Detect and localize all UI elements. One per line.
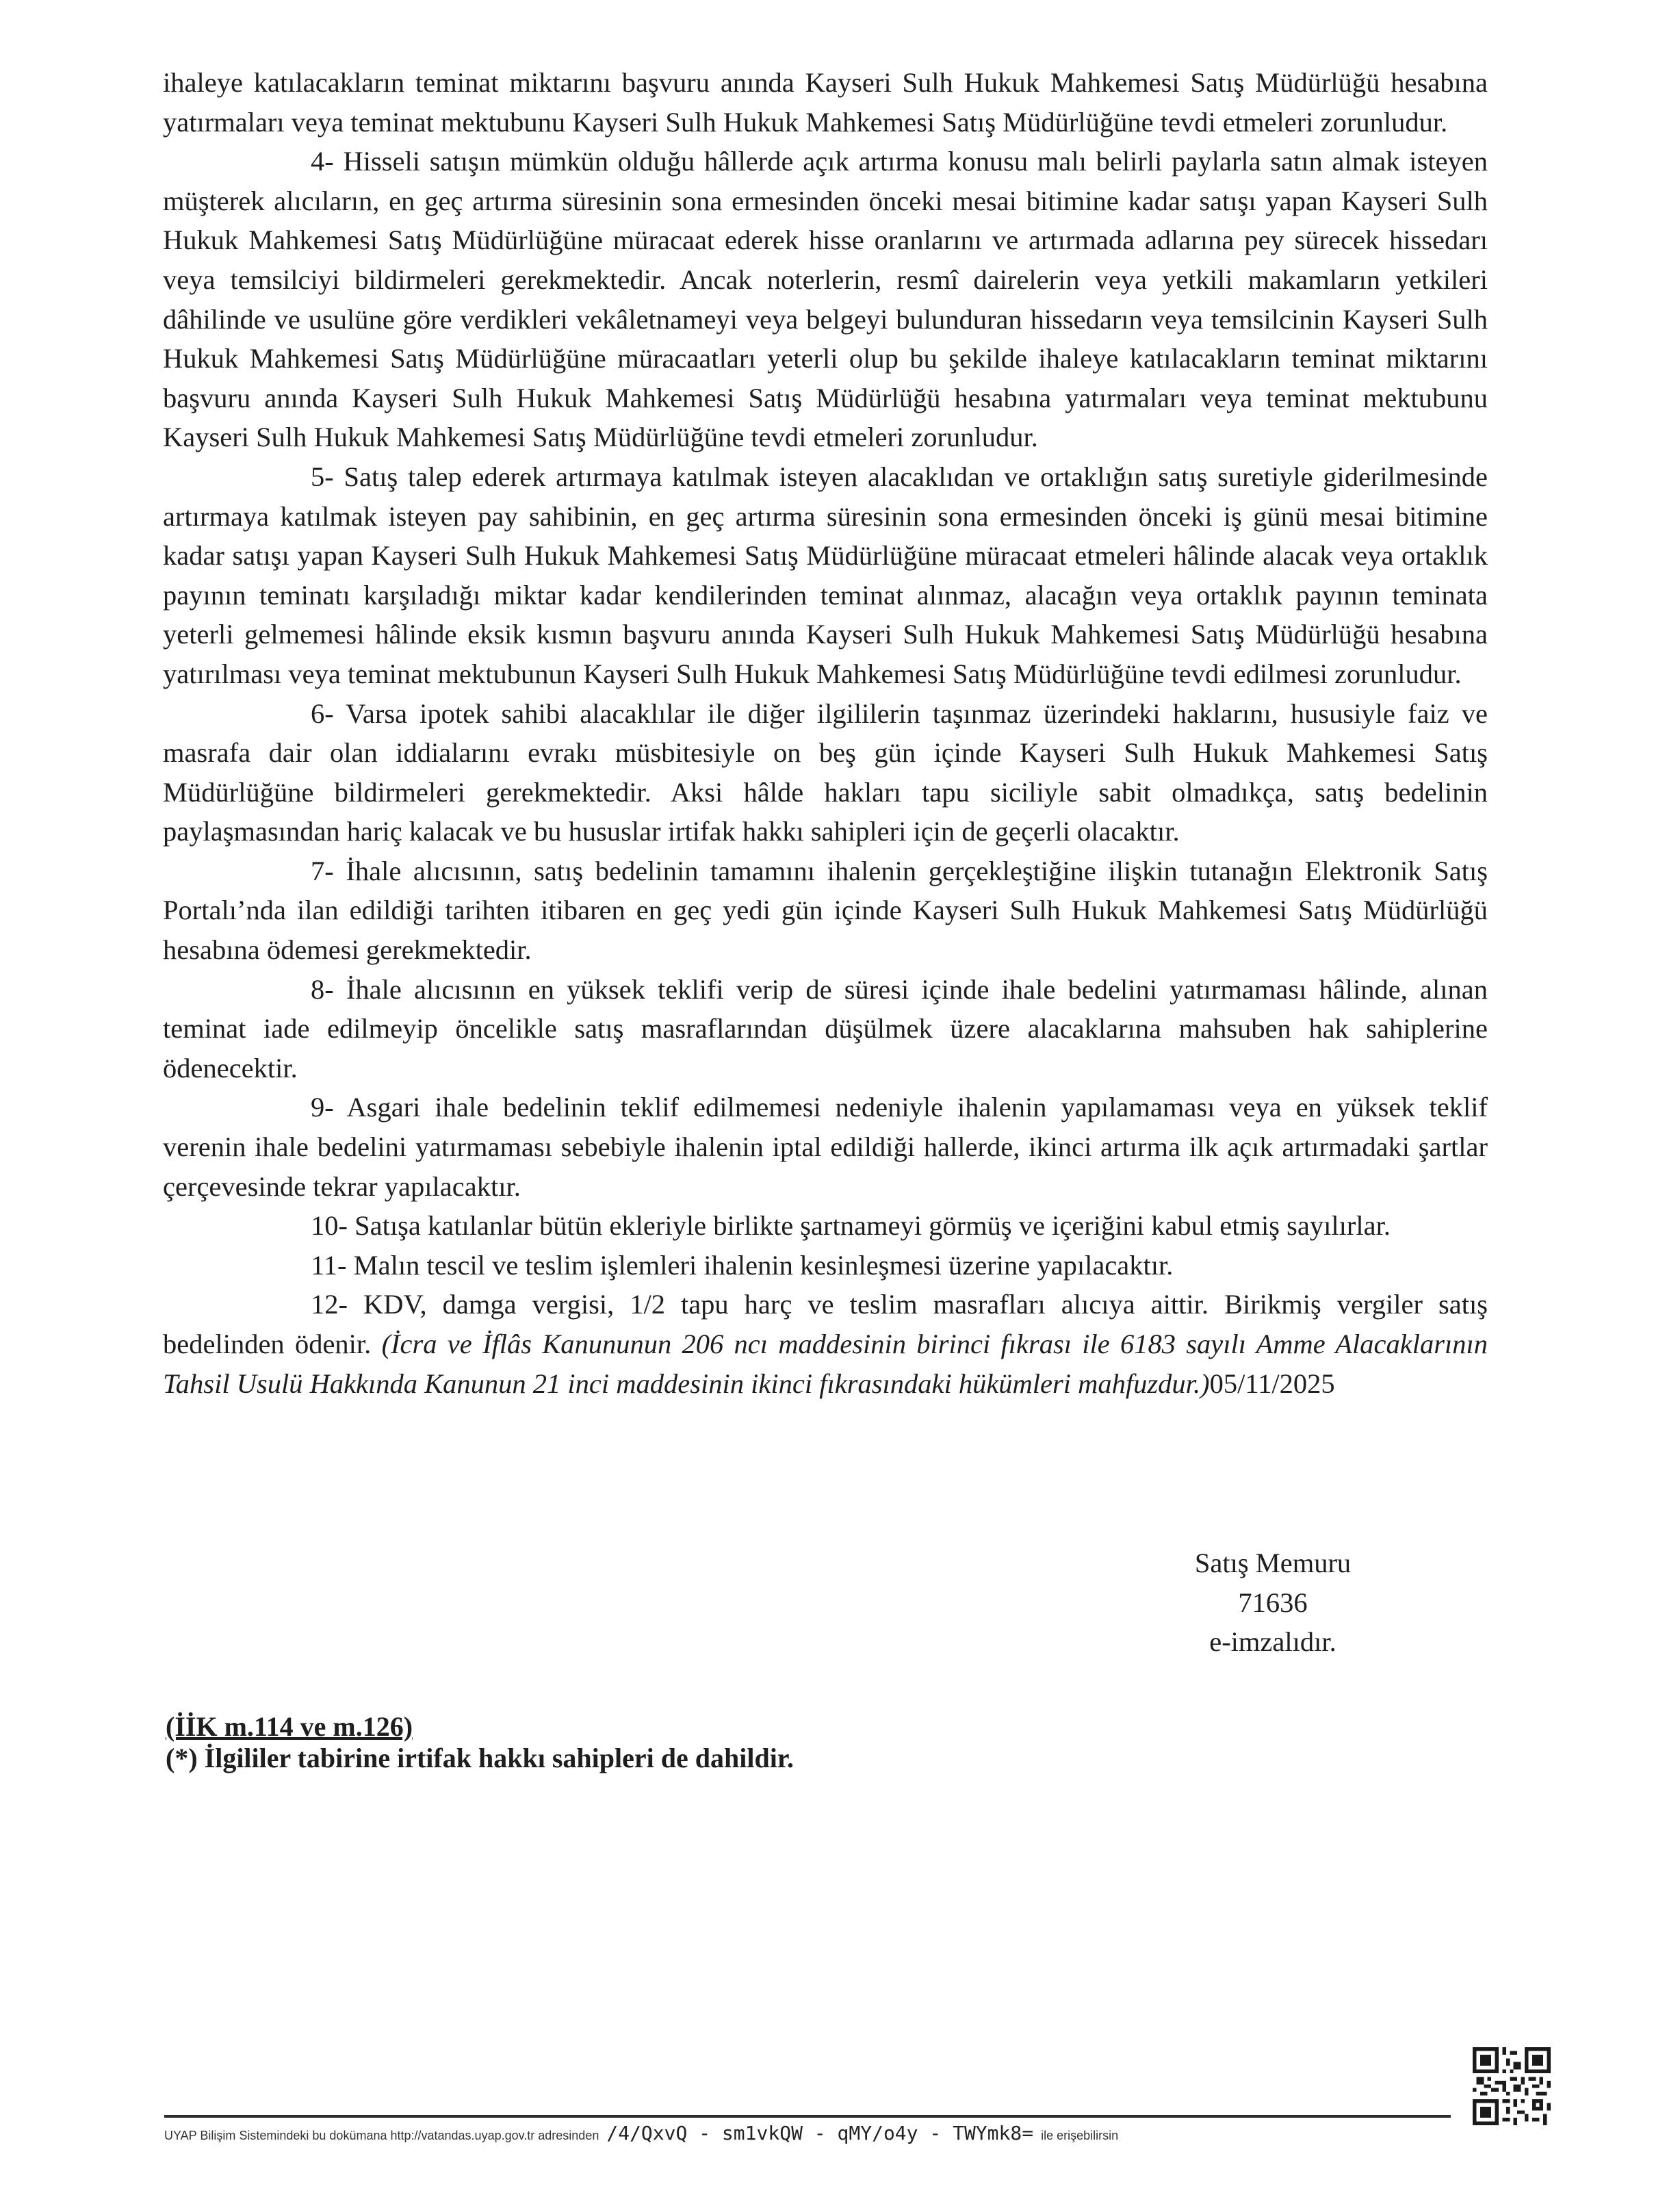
law-reference: (İİK m.114 ve m.126)	[166, 1711, 413, 1743]
signature-block: Satış Memuru 71636 e-imzalıdır.	[1122, 1543, 1423, 1662]
document-body: ihaleye katılacakların teminat miktarını…	[163, 63, 1488, 1403]
signer-number: 71636	[1122, 1583, 1423, 1623]
paragraph-4: 4- Hisseli satışın mümkün olduğu hâllerd…	[163, 142, 1488, 457]
previous-line-fragment	[561, 0, 1451, 7]
document-page: ihaleye katılacakların teminat miktarını…	[0, 0, 1680, 2206]
qr-code-icon	[1473, 2047, 1551, 2126]
footnote: (*) İlgililer tabirine irtifak hakkı sah…	[166, 1743, 794, 1774]
paragraph-9: 9- Asgari ihale bedelinin teklif edilmem…	[163, 1088, 1488, 1206]
document-date: 05/11/2025	[1210, 1368, 1335, 1399]
footer-verification: UYAP Bilişim Sistemindeki bu dokümana ht…	[164, 2122, 1464, 2144]
paragraph-8: 8- İhale alıcısının en yüksek teklifi ve…	[163, 970, 1488, 1088]
footer-suffix: ile erişebilirsin	[1041, 2129, 1118, 2142]
paragraph-7: 7- İhale alıcısının, satış bedelinin tam…	[163, 851, 1488, 970]
e-signature-status: e-imzalıdır.	[1122, 1622, 1423, 1662]
signer-title: Satış Memuru	[1122, 1543, 1423, 1583]
paragraph-10: 10- Satışa katılanlar bütün ekleriyle bi…	[163, 1206, 1488, 1246]
verification-code: /4/QxvQ - sm1vkQW - qMY/o4y - TWYmk8=	[606, 2122, 1033, 2144]
footer-divider	[164, 2115, 1451, 2118]
paragraph-6: 6- Varsa ipotek sahibi alacaklılar ile d…	[163, 694, 1488, 851]
legal-notes: (İİK m.114 ve m.126) (*) İlgililer tabir…	[166, 1711, 794, 1774]
footer-prefix: UYAP Bilişim Sistemindeki bu dokümana ht…	[164, 2129, 599, 2142]
paragraph-11: 11- Malın tescil ve teslim işlemleri iha…	[163, 1246, 1488, 1285]
paragraph-12: 12- KDV, damga vergisi, 1/2 tapu harç ve…	[163, 1285, 1488, 1403]
paragraph-5: 5- Satış talep ederek artırmaya katılmak…	[163, 457, 1488, 694]
paragraph-3-continuation: ihaleye katılacakların teminat miktarını…	[163, 63, 1488, 142]
